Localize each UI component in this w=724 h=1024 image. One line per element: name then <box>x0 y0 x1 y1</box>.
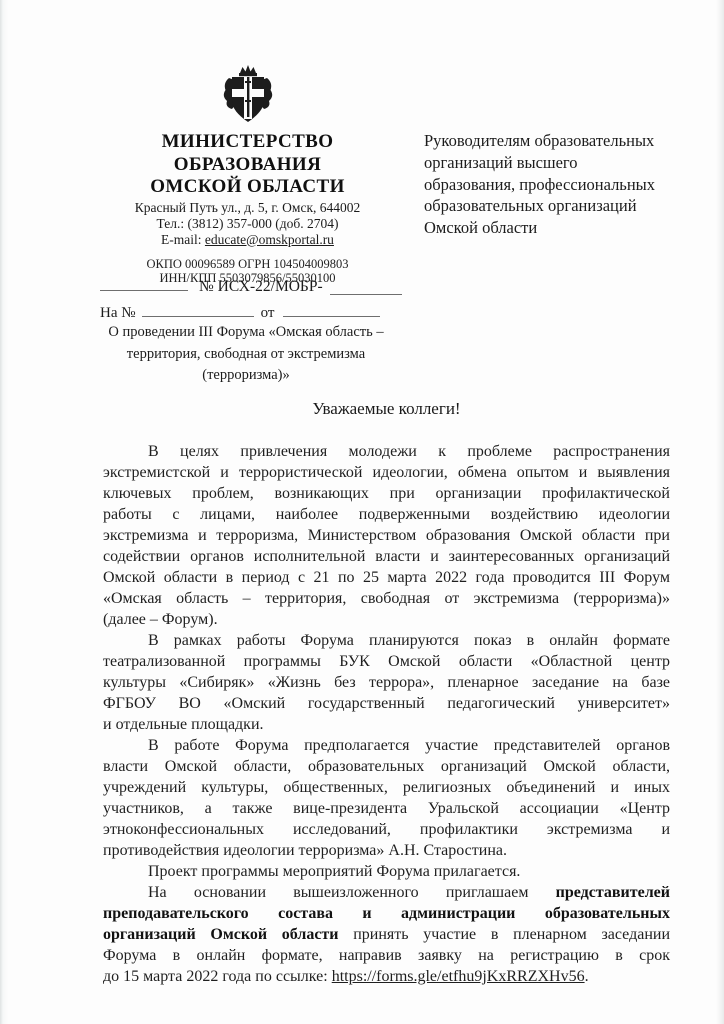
text-run: культуры «Сибиряк» «Жизнь без террора», … <box>103 674 670 691</box>
subject-line: (терроризма)» <box>100 365 392 387</box>
text-line: и отдельные площадки. <box>103 714 670 735</box>
text-line: учреждений культуры, общественных, религ… <box>103 777 670 798</box>
bold-text: преподавательского состава и администрац… <box>103 905 670 922</box>
blank-reply-date-line <box>283 303 380 317</box>
text-run: Проект программы мероприятий Форума прил… <box>148 863 520 880</box>
email-label: E-mail: <box>161 232 202 247</box>
text-line: В работе Форума предполагается участие п… <box>103 735 670 756</box>
text-run: . <box>585 968 589 985</box>
ministry-phone: Тел.: (3812) 357-000 (доб. 2704) <box>85 216 410 231</box>
text-line: противодействия идеологии терроризма» А.… <box>103 840 670 861</box>
reference-block: № ИСХ-22/МОБР- На № от <box>100 277 410 322</box>
blank-number-line <box>330 281 402 295</box>
text-run: Форума в онлайн формате, направив заявку… <box>103 947 670 964</box>
text-run: (далее – Форум). <box>103 611 218 628</box>
text-run: В работе Форума предполагается участие п… <box>148 737 670 754</box>
ministry-name-line: ОБРАЗОВАНИЯ <box>85 154 410 177</box>
salutation: Уважаемые коллеги! <box>103 398 670 420</box>
text-run: театрализованной программы БУК Омской об… <box>103 653 670 670</box>
reply-number-label: На № <box>100 305 136 322</box>
blank-date-line <box>100 277 188 291</box>
text-run: экстремизма и терроризма, Министерством … <box>103 527 670 544</box>
text-run: участников, а также вице-президента Урал… <box>103 800 670 817</box>
omsk-coat-of-arms-icon <box>219 64 277 128</box>
text-run: принять участие в пленарном заседании <box>339 926 671 943</box>
recipient-line: Руководителям образовательных <box>424 130 680 152</box>
paragraph: Проект программы мероприятий Форума прил… <box>103 861 670 882</box>
email-link[interactable]: educate@omskportal.ru <box>205 232 334 247</box>
bold-text: представителей <box>556 884 670 901</box>
paragraph: В целях привлечения молодежи к проблеме … <box>103 441 670 630</box>
scanned-letter-page: МИНИСТЕРСТВООБРАЗОВАНИЯОМСКОЙ ОБЛАСТИ Кр… <box>0 0 724 1024</box>
text-line: этноконфессиональных исследований, профи… <box>103 819 670 840</box>
text-line: В рамках работы Форума планируются показ… <box>103 630 670 651</box>
text-line: ФГБОУ ВО «Омский государственный педагог… <box>103 693 670 714</box>
reply-reference-row: На № от <box>100 303 410 322</box>
text-run: содействии органов исполнительной власти… <box>103 548 670 565</box>
text-line: участников, а также вице-президента Урал… <box>103 798 670 819</box>
text-line: культуры «Сибиряк» «Жизнь без террора», … <box>103 672 670 693</box>
ministry-name: МИНИСТЕРСТВООБРАЗОВАНИЯОМСКОЙ ОБЛАСТИ <box>85 131 410 199</box>
text-line: экстремистской и террористической идеоло… <box>103 462 670 483</box>
text-run: до 15 марта 2022 года по ссылке: <box>103 968 332 985</box>
letter-body: Уважаемые коллеги! В целях привлечения м… <box>103 398 670 987</box>
outgoing-number: № ИСХ-22/МОБР- <box>199 278 323 296</box>
paragraph: В работе Форума предполагается участие п… <box>103 735 670 861</box>
registration-link[interactable]: https://forms.gle/etfhu9jKxRRZXHv56 <box>332 968 585 985</box>
text-run: На основании вышеизложенного приглашаем <box>148 884 556 901</box>
text-run: и отдельные площадки. <box>103 716 264 733</box>
text-run: В рамках работы Форума планируются показ… <box>148 632 670 649</box>
text-line: Омской области в период с 21 по 25 марта… <box>103 567 670 588</box>
ministry-name-line: ОМСКОЙ ОБЛАСТИ <box>85 176 410 199</box>
subject-line: О проведении III Форума «Омская область … <box>100 322 392 344</box>
recipient-line: образовательных организаций <box>424 195 680 217</box>
subject-line: территория, свободная от экстремизма <box>100 344 392 366</box>
text-run: Омской области в период с 21 по 25 марта… <box>103 569 670 586</box>
paragraphs-container: В целях привлечения молодежи к проблеме … <box>103 441 670 987</box>
ministry-email-row: E-mail: educate@omskportal.ru <box>85 232 410 247</box>
text-line: В целях привлечения молодежи к проблеме … <box>103 441 670 462</box>
text-line: ключевых проблем, возникающих при органи… <box>103 483 670 504</box>
text-line: «Омская область – территория, свободная … <box>103 588 670 609</box>
bold-text: организаций Омской области <box>103 926 339 943</box>
text-run: В целях привлечения молодежи к проблеме … <box>148 443 670 460</box>
text-line: организаций Омской области принять участ… <box>103 924 670 945</box>
ministry-address: Красный Путь ул., д. 5, г. Омск, 644002 <box>85 200 410 215</box>
recipient-line: Омской области <box>424 217 680 239</box>
recipient-block: Руководителям образовательныхорганизаций… <box>424 130 680 239</box>
text-line: работы с лицами, наиболее подверженными … <box>103 504 670 525</box>
text-run: ключевых проблем, возникающих при органи… <box>103 485 670 502</box>
text-line: преподавательского состава и администрац… <box>103 903 670 924</box>
text-run: ФГБОУ ВО «Омский государственный педагог… <box>103 695 670 712</box>
text-line: власти Омской области, образовательных о… <box>103 756 670 777</box>
blank-reply-number-line <box>142 303 254 317</box>
text-line: На основании вышеизложенного приглашаем … <box>103 882 670 903</box>
recipient-line: образования, профессиональных <box>424 174 680 196</box>
text-run: учреждений культуры, общественных, религ… <box>103 779 670 796</box>
text-run: «Омская область – территория, свободная … <box>103 590 670 607</box>
text-run: экстремистской и террористической идеоло… <box>103 464 670 481</box>
ministry-name-line: МИНИСТЕРСТВО <box>85 131 410 154</box>
ministry-letterhead: МИНИСТЕРСТВООБРАЗОВАНИЯОМСКОЙ ОБЛАСТИ Кр… <box>85 131 410 286</box>
text-line: (далее – Форум). <box>103 609 670 630</box>
text-line: содействии органов исполнительной власти… <box>103 546 670 567</box>
text-line: Форума в онлайн формате, направив заявку… <box>103 945 670 966</box>
subject-block: О проведении III Форума «Омская область … <box>100 322 392 387</box>
text-run: работы с лицами, наиболее подверженными … <box>103 506 670 523</box>
paragraph: На основании вышеизложенного приглашаем … <box>103 882 670 987</box>
outgoing-number-row: № ИСХ-22/МОБР- <box>100 277 410 296</box>
reply-date-label: от <box>261 305 275 322</box>
text-line: до 15 марта 2022 года по ссылке: https:/… <box>103 966 670 987</box>
text-run: противодействия идеологии терроризма» А.… <box>103 842 507 859</box>
text-line: экстремизма и терроризма, Министерством … <box>103 525 670 546</box>
paragraph: В рамках работы Форума планируются показ… <box>103 630 670 735</box>
recipient-line: организаций высшего <box>424 152 680 174</box>
text-run: этноконфессиональных исследований, профи… <box>103 821 670 838</box>
okpo-ogrn-line: ОКПО 00096589 ОГРН 104504009803 <box>85 257 410 272</box>
text-run: власти Омской области, образовательных о… <box>103 758 670 775</box>
text-line: Проект программы мероприятий Форума прил… <box>103 861 670 882</box>
text-line: театрализованной программы БУК Омской об… <box>103 651 670 672</box>
